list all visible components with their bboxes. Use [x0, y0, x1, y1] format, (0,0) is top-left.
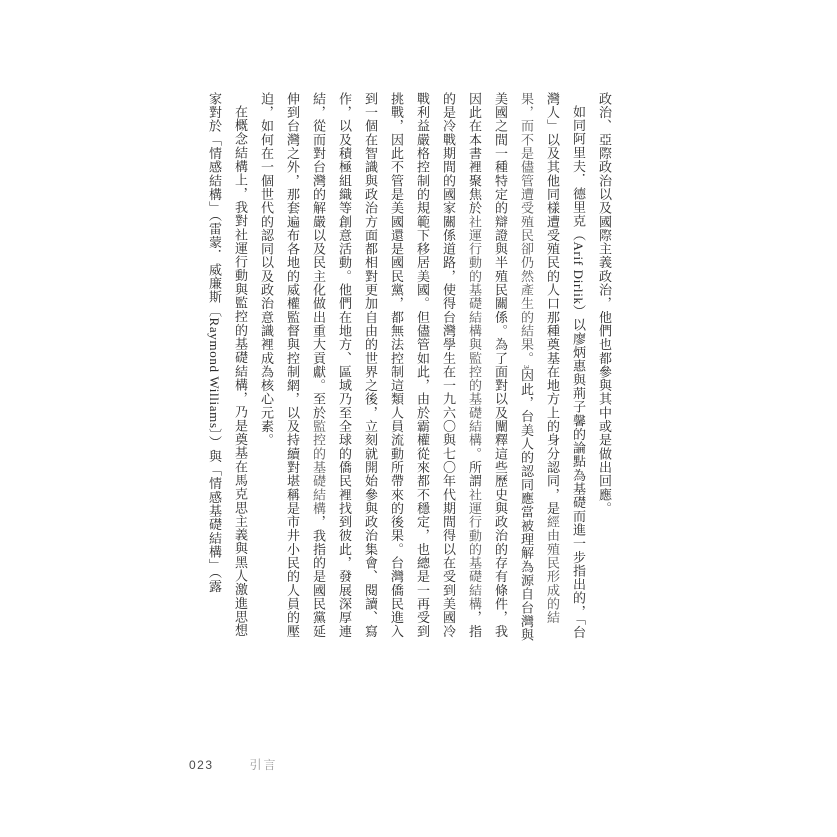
page-footer: 023 引言 — [189, 756, 278, 773]
chapter-label: 引言 — [250, 756, 278, 773]
paragraph: 在概念結構上，我對社運行動與監控的基礎結構，乃是奠基在馬克思主義與黑人激進思想家… — [201, 92, 253, 642]
text-run: ，指的是冷戰期間的國家關係道路，使得台灣學生在一九六〇與七〇年代期間得以在受到美… — [311, 92, 482, 638]
text-run: 社運行動的基礎結構 — [467, 488, 482, 611]
text-run: 監控的基礎結構 — [311, 420, 326, 516]
text-run: 。所謂 — [467, 447, 482, 488]
paragraph: 如同阿里夫．德里克（Arif Dirlik）以廖炳惠與荊子馨的論點為基礎而進一步… — [253, 92, 591, 642]
paragraph: 政治、亞際政治以及國際主義政治，他們也都參與其中或是做出回應。 — [591, 92, 617, 642]
text-run: 社運行動的基礎結構與監控的基礎結構 — [467, 215, 482, 447]
text-run: 在概念結構上，我對社運行動與監控的基礎結構，乃是奠基在馬克思主義與黑人激進思想家… — [207, 92, 248, 637]
page-number: 023 — [189, 758, 214, 772]
text-run: 。 — [519, 351, 534, 365]
text-run: 政治、亞際政治以及國際主義政治，他們也都參與其中或是做出回應。 — [597, 92, 612, 515]
vertical-text-body: 政治、亞際政治以及國際主義政治，他們也都參與其中或是做出回應。如同阿里夫．德里克… — [195, 92, 617, 642]
book-page: 政治、亞際政治以及國際主義政治，他們也都參與其中或是做出回應。如同阿里夫．德里克… — [0, 0, 837, 837]
